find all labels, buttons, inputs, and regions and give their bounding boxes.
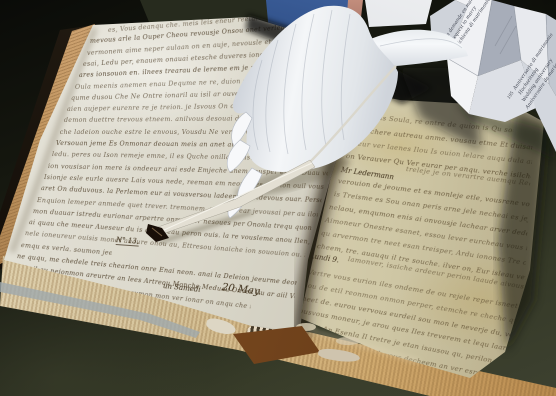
photo-scene: N° 13, un Samedi 20 May. es, Vous deanqu… bbox=[0, 0, 556, 396]
quill-feather-icon bbox=[0, 0, 556, 396]
